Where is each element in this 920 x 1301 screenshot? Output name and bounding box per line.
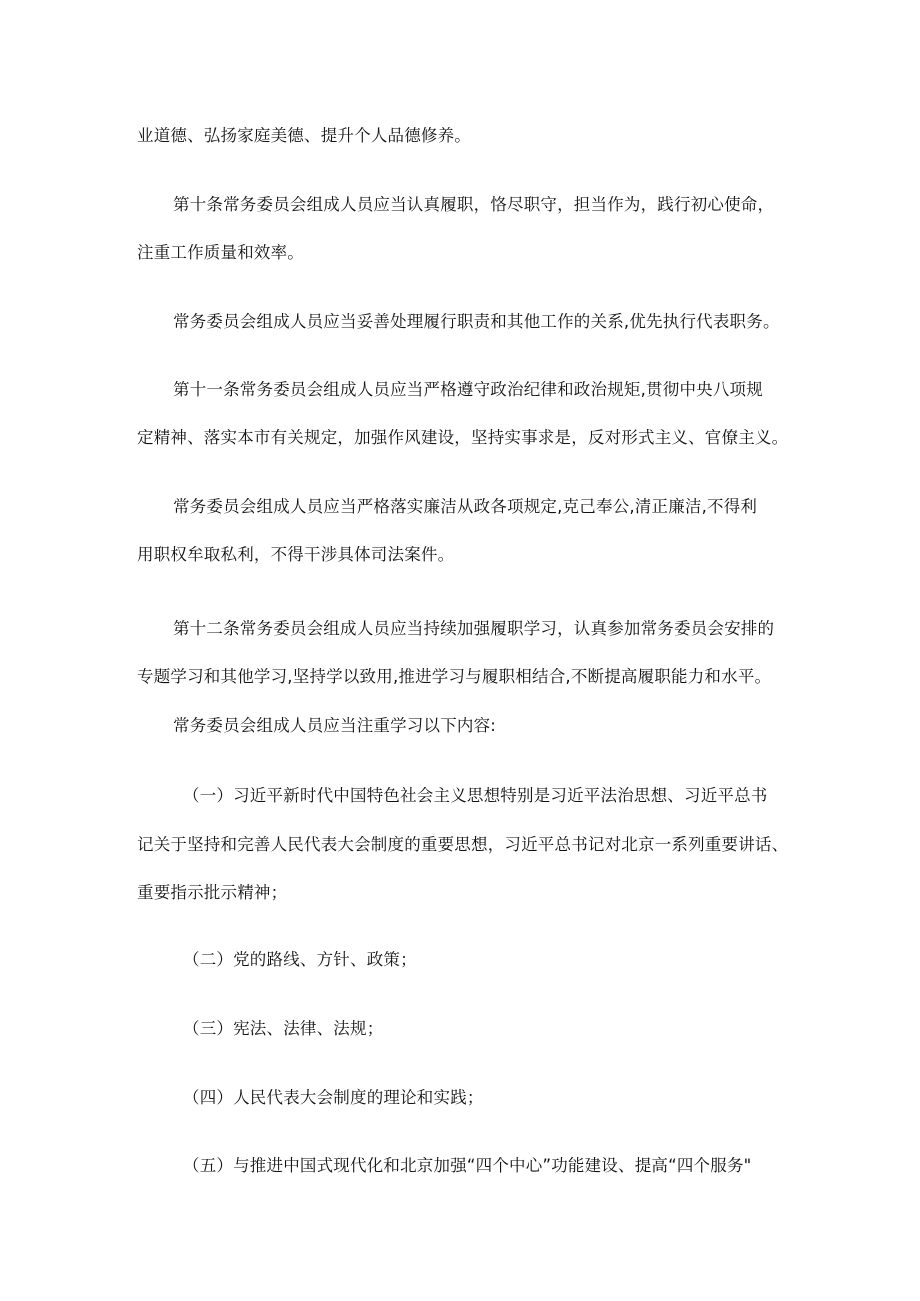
- list-item-1-line-3: 重要指示批示精神；: [137, 882, 797, 904]
- list-item-1-line-1: （一）习近平新时代中国特色社会主义思想特别是习近平法治思想、习近平总书: [183, 785, 843, 807]
- list-item-3: （三）宪法、法律、法规；: [183, 1018, 843, 1040]
- list-item-5: （五）与推进中国式现代化和北京加强“四个中心”功能建设、提高“四个服务": [183, 1155, 843, 1177]
- article-11-line-1: 第十一条常务委员会组成人员应当严格遵守政治纪律和政治规矩,贯彻中央八项规: [173, 379, 833, 401]
- article-10-line-2: 注重工作质量和效率。: [137, 242, 797, 264]
- list-item-1-line-2: 记关于坚持和完善人民代表大会制度的重要思想，习近平总书记对北京一系列重要讲话、: [137, 834, 797, 856]
- list-item-4: （四）人民代表大会制度的理论和实践；: [183, 1087, 843, 1109]
- article-12-line-1: 第十二条常务委员会组成人员应当持续加强履职学习，认真参加常务委员会安排的: [173, 618, 833, 640]
- article-10-line-1: 第十条常务委员会组成人员应当认真履职，恪尽职守，担当作为，践行初心使命，: [173, 194, 833, 216]
- article-11-paragraph-2-line-1: 常务委员会组成人员应当严格落实廉洁从政各项规定,克己奉公,清正廉洁,不得利: [173, 496, 833, 518]
- article-11-paragraph-2-line-2: 用职权牟取私利，不得干涉具体司法案件。: [137, 544, 797, 566]
- article-11-line-2: 定精神、落实本市有关规定，加强作风建设，坚持实事求是，反对形式主义、官僚主义。: [137, 427, 797, 449]
- document-page: 业道德、弘扬家庭美德、提升个人品德修养。 第十条常务委员会组成人员应当认真履职，…: [0, 0, 920, 1301]
- article-12-line-2: 专题学习和其他学习,坚持学以致用,推进学习与履职相结合,不断提高履职能力和水平。: [137, 666, 797, 688]
- article-12-paragraph-2: 常务委员会组成人员应当注重学习以下内容:: [173, 715, 833, 737]
- text-line-continuation: 业道德、弘扬家庭美德、提升个人品德修养。: [137, 125, 797, 147]
- list-item-2: （二）党的路线、方针、政策；: [183, 949, 843, 971]
- article-10-paragraph-2: 常务委员会组成人员应当妥善处理履行职责和其他工作的关系,优先执行代表职务。: [173, 311, 833, 333]
